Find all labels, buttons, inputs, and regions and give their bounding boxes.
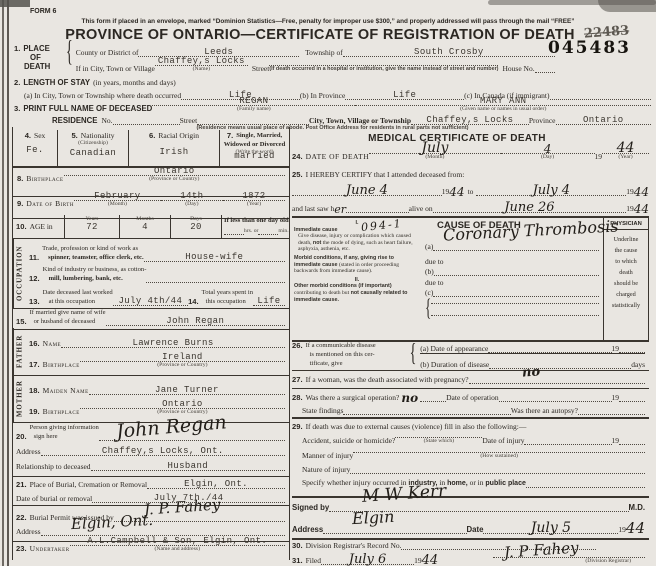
attend-no: 25. [292, 170, 303, 179]
mother-name-value: Jane Turner [155, 386, 219, 394]
age-years-value: 72 [86, 223, 98, 231]
group-informant: 20. Person giving information sign here … [13, 422, 289, 477]
ext-acc-sub: (State which) [424, 438, 454, 445]
racial-label: Racial Origin [158, 131, 199, 140]
burial-place-value: Elgin, Ont. [184, 480, 248, 488]
attend-from-year: 44 [449, 186, 464, 198]
comm-b-unit: days [631, 360, 645, 369]
stay-label: LENGTH OF STAY [23, 78, 90, 87]
residence-city-label: City, Town, Village or Township [309, 116, 411, 125]
oper-findings-label: State findings [302, 406, 343, 415]
comm-label-2: is mentioned on this cer- [310, 350, 406, 359]
mother-name-label: Maiden Name [43, 386, 89, 395]
ext-injury-date-label: Date of injury [482, 436, 524, 445]
father-bp-sub: (Province or Country) [157, 362, 207, 369]
street-label: Street [252, 64, 270, 73]
father-bp-no: 17. [29, 360, 40, 369]
physician-note-word-4: death [619, 267, 632, 278]
dob-month-sub: (Month) [108, 201, 127, 208]
informant-relation-value: Husband [167, 462, 208, 470]
scan-smudge-corner [598, 0, 656, 12]
attend-to-year-prefix: 19 [626, 187, 634, 196]
informant-label-1: Person giving information [30, 423, 99, 432]
signed-date-label: Date [467, 525, 484, 534]
occ-12-no: 12. [29, 274, 40, 283]
attend-saw-value: June 26 [504, 201, 554, 214]
preg-label: If a woman, was the death associated wit… [306, 375, 469, 384]
occupation-side-label: OCCUPATION [13, 238, 26, 308]
residence-street-label: Street [180, 116, 198, 125]
age-days-value: 20 [190, 223, 202, 231]
spouse-label-1: If married give name of wife [30, 308, 106, 317]
dob-no: 9. [17, 199, 23, 208]
ext-specify-3: or in [468, 478, 486, 487]
group-age: 10. AGE in Years 72 Months 4 Days 20 If … [13, 215, 289, 239]
undertaker-no: 23. [16, 544, 27, 553]
physician-note-word-5: should be [614, 278, 638, 289]
occ-13-label-1: Date deceased last worked [43, 288, 113, 297]
group-date-of-death: 24. DATE OF DEATH July (Month) 4 (Day) 1… [292, 147, 649, 167]
occ-11-label-2: spinner, teamster, office clerk, etc. [48, 253, 143, 262]
residence-label: RESIDENCE [52, 116, 98, 125]
spouse-value: John Regan [166, 317, 224, 325]
physician-note-word-6: charged [616, 289, 635, 300]
age-no: 10. [16, 222, 27, 231]
signed-date-value: July 5 [531, 521, 571, 535]
occ-14-no: 14. [188, 297, 199, 306]
group-cause-of-death: I. Immediate cause Give disease, injury … [292, 216, 649, 342]
place-label-2: OF [30, 53, 66, 62]
undertaker-value: A.L.Campbell & Son, Elgin, Ont. [87, 537, 267, 545]
physician-sidebar: PHYSICIAN Underline the cause to which d… [603, 218, 649, 340]
residence-province-label: Province [529, 116, 556, 125]
comm-label-3: tificate, give [310, 359, 406, 368]
ext-manner-sub: (How sustained) [480, 453, 517, 460]
ext-label: If death was due to external causes (vio… [306, 422, 527, 431]
undertaker-sub: (Name and address) [155, 546, 200, 553]
residence-no-label: No. [102, 116, 113, 125]
group-filed: 31. Filed July 6 19 44 (Division Registr… [292, 551, 649, 566]
oper-autopsy-label: Was there an autopsy? [511, 406, 578, 415]
nationality-label: Nationality [81, 131, 115, 140]
hospital-note: (If death occurred in a hospital or inst… [269, 66, 498, 73]
attend-saw-hand: er [334, 204, 346, 215]
oper-date-label: Date of operation [446, 393, 498, 402]
permit-address-label: Address [16, 527, 41, 536]
mother-side-label: MOTHER [13, 375, 26, 422]
family-name-sub: (Family name) [237, 106, 271, 113]
family-name-value: REGAN [239, 97, 268, 105]
attend-saw-label-1: and last saw h [292, 204, 334, 213]
cause-inst-ii: II. [294, 277, 420, 284]
city-value: Chaffey,s Locks [158, 57, 245, 65]
oper-value: no [401, 392, 418, 404]
page-title: PROVINCE OF ONTARIO—CERTIFICATE OF REGIS… [0, 27, 640, 43]
group-operation: 28. Was there a surgical operation? no D… [292, 388, 649, 419]
occ-13-label-2: at this occupation [49, 297, 113, 306]
divider-center [289, 127, 290, 560]
group-pregnancy: 27. If a woman, was the death associated… [292, 369, 649, 389]
cause-b-label: (b) [425, 267, 434, 276]
age-less-label: If less than one day old [224, 216, 289, 225]
attend-saw-year: 44 [634, 203, 649, 215]
city-sub: (Name) [193, 66, 210, 73]
filed-year-prefix: 19 [414, 556, 422, 565]
occ-12-label-2: mill, lumbering, bank, etc. [49, 274, 147, 283]
comm-a-year: 19 [612, 344, 620, 353]
occ-14-label-1: Total years spent in [202, 288, 253, 297]
racial-no: 6. [149, 131, 155, 140]
nationality-value: Canadian [70, 149, 116, 157]
attend-saw-year-prefix: 19 [626, 204, 634, 213]
township-label: Township of [305, 48, 343, 57]
dod-no: 24. [292, 152, 303, 161]
signed-md: M.D. [629, 503, 645, 512]
physician-note-word-7: statistically [612, 300, 640, 311]
age-min-label: min. [278, 228, 288, 235]
place-no: 1. [14, 44, 20, 53]
dod-month: July [421, 141, 448, 155]
informant-relation-label: Relationship to deceased [16, 462, 91, 471]
given-name-sub: (Given name or names in usual order) [460, 106, 546, 113]
ext-specify-b3: public place [485, 480, 525, 487]
father-name-label: Name [43, 339, 62, 348]
form-number: FORM 6 [30, 8, 56, 15]
attend-to-label: to [468, 187, 474, 196]
occ-11-no: 11. [29, 253, 39, 262]
permit-address-value: Elgin, Ont. [71, 513, 154, 532]
informant-no: 20. [16, 432, 27, 441]
death-certificate-scan: FORM 6 This form if placed in an envelop… [0, 0, 656, 566]
registrar-label: Division Registrar's Record No. [306, 541, 402, 550]
scan-edge-line-1 [2, 0, 4, 566]
city-label: If in City, Town or Village [76, 64, 155, 73]
age-label: AGE in [30, 222, 53, 231]
nationality-sub: (Citizenship) [78, 140, 108, 147]
dod-year: 44 [617, 141, 635, 155]
burial-place-label: Place of Burial, Cremation or Removal [30, 480, 147, 489]
birthplace-no: 8. [17, 174, 23, 183]
comm-brace: { [410, 340, 417, 369]
spouse-label-2: or husband of deceased [34, 317, 106, 326]
birthplace-sub: (Province or Country) [149, 176, 199, 183]
physician-note-word-1: Underline [614, 234, 639, 245]
attend-to-year: 44 [634, 186, 649, 198]
signed-signature: M W Kerr [362, 483, 447, 506]
occ-13-value: July 4th/44 [118, 297, 182, 305]
dob-month: February [94, 192, 140, 200]
cause-instructions: I. Immediate cause Give disease, injury … [292, 218, 423, 340]
filed-date-value: July 6 [349, 553, 387, 566]
birthplace-value: Ontario [154, 167, 195, 175]
name-label: PRINT FULL NAME OF DECEASED [23, 104, 152, 113]
physician-note-word-2: the cause [615, 245, 638, 256]
section-place-of-death: 1. PLACE OF DEATH { County or District o… [14, 44, 651, 73]
father-bp-label: Birthplace [43, 360, 80, 369]
filed-registrar-sub: (Division Registrar) [585, 558, 631, 565]
cause-inst-immediate-bold: Immediate cause [294, 227, 337, 233]
spouse-no: 15. [16, 317, 27, 326]
cause-a-label: (a) [425, 242, 433, 251]
occ-14-value: Life [257, 297, 280, 305]
group-undertaker: 23. Undertaker A.L.Campbell & Son, Elgin… [13, 538, 289, 561]
comm-label-1: If a communicable disease [306, 341, 406, 350]
registrar-no: 30. [292, 541, 303, 550]
mother-bp-no: 19. [29, 407, 40, 416]
township-value: South Crosby [414, 48, 484, 56]
oper-year: 19 [612, 393, 620, 402]
marital-no: 7. [227, 131, 233, 140]
father-name-value: Lawrence Burns [132, 339, 213, 347]
group-communicable: 26. If a communicable disease is mention… [292, 338, 649, 371]
marital-label-2: Widowed or Divorced [224, 140, 286, 149]
attend-label: I HEREBY CERTIFY that I attended decease… [306, 170, 465, 179]
place-label-3: DEATH [24, 62, 66, 71]
group-father: FATHER 16. Name Lawrence Burns 17. Birth… [13, 328, 289, 376]
informant-address-label: Address [16, 447, 41, 456]
left-column: 4.Sex Fe. 5.Nationality (Citizenship) Ca… [13, 130, 289, 559]
preg-no: 27. [292, 375, 303, 384]
burial-no: 21. [16, 480, 27, 489]
attend-to: July 4 [533, 184, 571, 197]
occ-13-no: 13. [29, 297, 40, 306]
undertaker-label: Undertaker [30, 544, 70, 553]
permit-no: 22. [16, 513, 27, 522]
ext-no: 29. [292, 422, 303, 431]
filed-no: 31. [292, 556, 303, 565]
racial-value: Irish [159, 148, 188, 156]
dob-label: Date of Birth [26, 199, 74, 208]
section-full-name: 3. PRINT FULL NAME OF DECEASED REGAN (Fa… [14, 100, 651, 113]
informant-address-value: Chaffey,s Locks, Ont. [102, 447, 224, 455]
father-side-label: FATHER [13, 328, 26, 375]
ext-injury-year: 19 [612, 436, 620, 445]
occ-12-label-1: Kind of industry or business, as cotton- [43, 265, 147, 274]
county-label: County or District of [76, 48, 139, 57]
sex-value: Fe. [26, 146, 43, 154]
oper-no: 28. [292, 393, 303, 402]
ext-specify-b2: home, [447, 480, 468, 487]
father-bp-value: Ireland [162, 353, 203, 361]
cause-inst-other-bold: Other morbid conditions (if important) [294, 283, 392, 289]
mother-name-no: 18. [29, 386, 40, 395]
cause-due-to-1: due to [425, 257, 599, 266]
marital-label-1: Single, Married, [236, 131, 282, 140]
cause-due-to-2: due to [425, 278, 599, 287]
name-no: 3. [14, 104, 20, 113]
comm-a-label: (a) Date of appearance [420, 344, 488, 353]
stay-label-sub: (in years, months and days) [93, 78, 176, 87]
group-registrar-record: 30. Division Registrar's Record No. [292, 539, 649, 551]
comm-no: 26. [292, 341, 303, 350]
dob-day-sub: (Day) [185, 201, 198, 208]
dob-day: 14th [180, 192, 203, 200]
dod-label: DATE OF DEATH [306, 152, 370, 161]
oper-label: Was there a surgical operation? [306, 393, 400, 402]
dob-year: 1872 [242, 192, 265, 200]
dod-year-prefix: 19 [595, 152, 603, 161]
residence-city-value: Chaffey,s Locks [426, 116, 513, 124]
group-spouse: 15. If married give name of wife or husb… [13, 308, 289, 330]
signed-label: Signed by [292, 503, 329, 512]
physician-note-word-3: to which [615, 256, 636, 267]
group-signed: Signed by M W Kerr M.D. [292, 494, 649, 516]
signed-year-prefix: 19 [618, 525, 626, 534]
ext-manner-label: Manner of injury [302, 451, 353, 460]
birthplace-label: Birthplace [26, 174, 63, 183]
filed-year: 44 [422, 554, 439, 566]
dod-day: 4 [544, 143, 552, 155]
marital-value: married [234, 152, 275, 160]
permit-signature: J. P. Fahey [144, 497, 221, 517]
stay-no: 2. [14, 78, 20, 87]
group-sex-nationality: 4.Sex Fe. 5.Nationality (Citizenship) Ca… [13, 130, 289, 168]
signed-year: 44 [626, 521, 645, 536]
place-label-1: PLACE [23, 44, 49, 53]
attend-saw-label-2: alive on [409, 204, 433, 213]
dob-year-sub: (Year) [247, 201, 261, 208]
right-column: MEDICAL CERTIFICATE OF DEATH 24. DATE OF… [292, 130, 649, 559]
nationality-no: 5. [71, 131, 77, 140]
comm-b-label: (b) Duration of disease [420, 360, 489, 369]
house-no-label: House No. [502, 64, 534, 73]
signed-address-value: Elgin [352, 509, 395, 527]
age-hrs-label: hrs. or [244, 228, 259, 235]
attend-from: June 4 [346, 184, 388, 197]
given-name-value: MARY ANN [480, 97, 526, 105]
residence-province-value: Ontario [583, 116, 624, 124]
burial-date-label: Date of burial or removal [16, 494, 92, 503]
sex-no: 4. [25, 131, 31, 140]
ext-nature-label: Nature of injury [302, 465, 350, 474]
group-attended: 25. I HEREBY CERTIFY that I attended dec… [292, 167, 649, 216]
scan-edge-line-2 [7, 0, 9, 566]
sex-label: Sex [34, 131, 45, 140]
signed-address-label: Address [292, 525, 323, 534]
occ-14-label-2: this occupation [206, 297, 253, 306]
ext-acc-label: Accident, suicide or homicide? [302, 436, 395, 445]
mother-bp-label: Birthplace [43, 407, 80, 416]
age-months-value: 4 [142, 223, 148, 231]
group-mother: MOTHER 18. Maiden Name Jane Turner 19. B… [13, 375, 289, 423]
scan-smudge-top-left [0, 0, 30, 7]
informant-label-2: sign here [34, 432, 99, 441]
occ-11-value: House-wife [185, 253, 243, 261]
county-value: Leeds [204, 48, 233, 56]
preg-value: no [522, 365, 541, 379]
occ-11-label-1: Trade, profession or kind of work as [42, 244, 143, 253]
cause-inst-other-1: contributing to death but [294, 290, 351, 296]
mail-note: This form if placed in an envelope, mark… [0, 18, 656, 25]
group-occupation: OCCUPATION 11. Trade, profession or kind… [13, 238, 289, 309]
group-signed-address: Address Elgin Date July 5 19 44 [292, 516, 649, 540]
father-name-no: 16. [29, 339, 40, 348]
group-external-causes: 29. If death was due to external causes … [292, 417, 649, 498]
filed-label: Filed [306, 556, 321, 565]
cause-ii-brace: { [425, 293, 431, 323]
mother-bp-value: Ontario [162, 400, 203, 408]
